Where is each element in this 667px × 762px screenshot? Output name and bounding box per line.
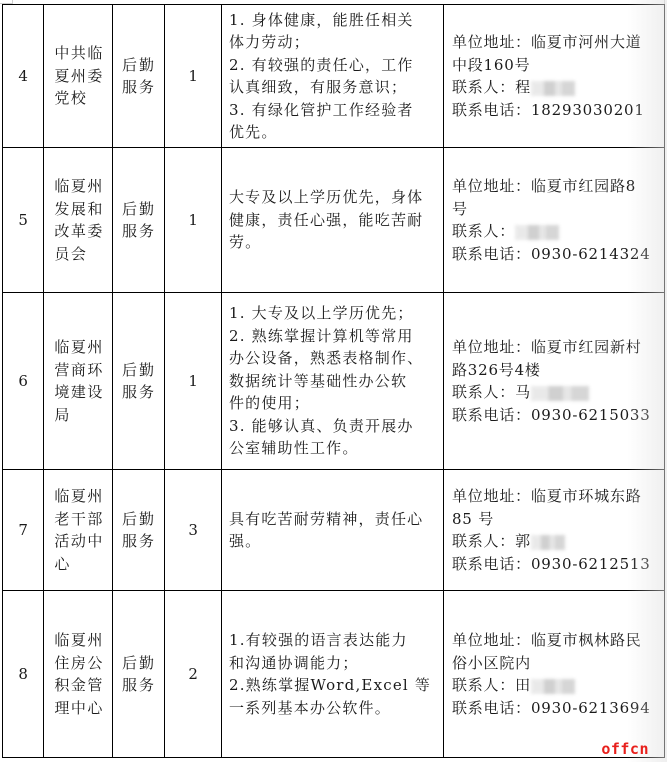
requirement-line: 健康，责任心强，能吃苦耐 xyxy=(229,209,437,232)
position-type-cell: 后勤服务 xyxy=(112,591,164,758)
contact-phone: 联系电话：18293030201 xyxy=(452,99,660,122)
address-line: 俗小区院内 xyxy=(452,652,660,675)
requirement-line: 劳。 xyxy=(229,231,437,254)
redacted-name-blur xyxy=(531,81,575,96)
redacted-name-blur xyxy=(515,225,559,240)
requirement-line: 件的使用； xyxy=(229,392,437,415)
phone-number: 18293030201 xyxy=(531,101,645,119)
row-number: 4 xyxy=(3,5,44,148)
phone-label: 联系电话： xyxy=(452,555,531,573)
address-line: 单位地址：临夏市河州大道 xyxy=(452,31,660,54)
requirement-line: 强。 xyxy=(229,530,437,553)
employer-name: 临夏州老干部活动中心 xyxy=(54,485,104,575)
contact-cell: 单位地址：临夏市红园路8 号 联系人： 联系电话：0930-6214324 xyxy=(443,148,664,293)
contact-cell: 单位地址：临夏市环城东路 85 号 联系人：郭 联系电话：0930-621251… xyxy=(443,470,664,591)
position-type-cell: 后勤服务 xyxy=(112,148,164,293)
contact-person: 联系人：郭 xyxy=(452,530,660,553)
contact-cell: 单位地址：临夏市枫林路民 俗小区院内 联系人：田 联系电话：0930-62136… xyxy=(443,591,664,758)
employer-name: 临夏州发展和改革委员会 xyxy=(54,175,104,265)
contact-person-label: 联系人： xyxy=(452,78,515,96)
offcn-watermark: offcn xyxy=(601,740,649,758)
contact-person: 联系人：马 xyxy=(452,381,660,404)
table-row: 8 临夏州住房公积金管理中心 后勤服务 2 1.有较强的语言表达能力 和沟通协调… xyxy=(3,591,665,758)
address-line: 单位地址：临夏市红园新村 xyxy=(452,336,660,359)
redacted-name-blur xyxy=(531,679,575,694)
contact-person: 联系人：程 xyxy=(452,76,660,99)
position-type: 后勤服务 xyxy=(122,359,158,404)
headcount: 2 xyxy=(165,591,222,758)
address-line: 路326号4楼 xyxy=(452,359,660,382)
row-number: 5 xyxy=(3,148,44,293)
employer-cell: 中共临夏州委党校 xyxy=(44,5,113,148)
contact-cell: 单位地址：临夏市河州大道 中段160号 联系人：程 联系电话：182930302… xyxy=(443,5,664,148)
contact-person-name: 程 xyxy=(515,78,531,96)
contact-person-name: 马 xyxy=(515,383,531,401)
requirements-cell: 1. 身体健康，能胜任相关 体力劳动； 2. 有较强的责任心，工作 认真细致，有… xyxy=(221,5,443,148)
row-number: 7 xyxy=(3,470,44,591)
requirement-line: 数据统计等基础性办公软 xyxy=(229,370,437,393)
requirement-line: 2. 有较强的责任心，工作 xyxy=(229,54,437,77)
requirements-cell: 1. 大专及以上学历优先； 2. 熟练掌握计算机等常用 办公设备，熟悉表格制作、… xyxy=(221,293,443,470)
employer-name: 临夏州住房公积金管理中心 xyxy=(54,629,104,719)
contact-person-label: 联系人： xyxy=(452,676,515,694)
address-line: 85 号 xyxy=(452,508,660,531)
contact-phone: 联系电话：0930-6215033 xyxy=(452,404,660,427)
position-type-cell: 后勤服务 xyxy=(112,5,164,148)
requirement-line: 认真细致，有服务意识； xyxy=(229,76,437,99)
contact-phone: 联系电话：0930-6213694 xyxy=(452,697,660,720)
phone-number: 0930-6214324 xyxy=(531,245,651,263)
phone-label: 联系电话： xyxy=(452,699,531,717)
requirement-line: 体力劳动； xyxy=(229,31,437,54)
address-line: 单位地址：临夏市枫林路民 xyxy=(452,629,660,652)
position-type: 后勤服务 xyxy=(122,54,158,99)
row-number: 6 xyxy=(3,293,44,470)
phone-number: 0930-6213694 xyxy=(531,699,651,717)
employer-cell: 临夏州发展和改革委员会 xyxy=(44,148,113,293)
redacted-name-blur xyxy=(531,386,589,401)
table-row: 5 临夏州发展和改革委员会 后勤服务 1 大专及以上学历优先，身体 健康，责任心… xyxy=(3,148,665,293)
requirement-line: 和沟通协调能力； xyxy=(229,652,437,675)
requirements-cell: 1.有较强的语言表达能力 和沟通协调能力； 2.熟练掌握Word,Excel 等… xyxy=(221,591,443,758)
contact-phone: 联系电话：0930-6212513 xyxy=(452,553,660,576)
requirement-line: 优先。 xyxy=(229,121,437,144)
headcount: 3 xyxy=(165,470,222,591)
position-type: 后勤服务 xyxy=(122,508,158,553)
contact-cell: 单位地址：临夏市红园新村 路326号4楼 联系人：马 联系电话：0930-621… xyxy=(443,293,664,470)
employer-name: 临夏州营商环境建设局 xyxy=(54,336,104,426)
employer-cell: 临夏州营商环境建设局 xyxy=(44,293,113,470)
row-number: 8 xyxy=(3,591,44,758)
phone-label: 联系电话： xyxy=(452,406,531,424)
phone-number: 0930-6215033 xyxy=(531,406,651,424)
address-line: 号 xyxy=(452,198,660,221)
contact-person: 联系人： xyxy=(452,220,660,243)
requirements-cell: 具有吃苦耐劳精神，责任心 强。 xyxy=(221,470,443,591)
requirement-line: 1.有较强的语言表达能力 xyxy=(229,629,437,652)
redacted-name-blur xyxy=(531,535,565,550)
requirement-line: 一系列基本办公软件。 xyxy=(229,697,437,720)
contact-person: 联系人：田 xyxy=(452,674,660,697)
requirement-line: 办公设备，熟悉表格制作、 xyxy=(229,347,437,370)
employer-cell: 临夏州住房公积金管理中心 xyxy=(44,591,113,758)
phone-number: 0930-6212513 xyxy=(531,555,651,573)
contact-person-label: 联系人： xyxy=(452,532,515,550)
requirement-line: 公室辅助性工作。 xyxy=(229,437,437,460)
table-row: 6 临夏州营商环境建设局 后勤服务 1 1. 大专及以上学历优先； 2. 熟练掌… xyxy=(3,293,665,470)
contact-phone: 联系电话：0930-6214324 xyxy=(452,243,660,266)
headcount: 1 xyxy=(165,148,222,293)
requirement-line: 1. 大专及以上学历优先； xyxy=(229,302,437,325)
headcount: 1 xyxy=(165,5,222,148)
phone-label: 联系电话： xyxy=(452,101,531,119)
requirement-line: 2.熟练掌握Word,Excel 等 xyxy=(229,674,437,697)
contact-person-name: 田 xyxy=(515,676,531,694)
table-row: 4 中共临夏州委党校 后勤服务 1 1. 身体健康，能胜任相关 体力劳动； 2.… xyxy=(3,5,665,148)
employer-cell: 临夏州老干部活动中心 xyxy=(44,470,113,591)
address-line: 中段160号 xyxy=(452,54,660,77)
contact-person-label: 联系人： xyxy=(452,383,515,401)
headcount: 1 xyxy=(165,293,222,470)
position-type: 后勤服务 xyxy=(122,652,158,697)
job-positions-table: 4 中共临夏州委党校 后勤服务 1 1. 身体健康，能胜任相关 体力劳动； 2.… xyxy=(2,4,665,758)
address-line: 单位地址：临夏市红园路8 xyxy=(452,175,660,198)
phone-label: 联系电话： xyxy=(452,245,531,263)
table-row: 7 临夏州老干部活动中心 后勤服务 3 具有吃苦耐劳精神，责任心 强。 单位地址… xyxy=(3,470,665,591)
requirement-line: 具有吃苦耐劳精神，责任心 xyxy=(229,508,437,531)
table-body: 4 中共临夏州委党校 后勤服务 1 1. 身体健康，能胜任相关 体力劳动； 2.… xyxy=(3,5,665,758)
requirement-line: 2. 熟练掌握计算机等常用 xyxy=(229,325,437,348)
position-type: 后勤服务 xyxy=(122,198,158,243)
contact-person-name: 郭 xyxy=(515,532,531,550)
requirements-cell: 大专及以上学历优先，身体 健康，责任心强，能吃苦耐 劳。 xyxy=(221,148,443,293)
position-type-cell: 后勤服务 xyxy=(112,293,164,470)
contact-person-label: 联系人： xyxy=(452,222,515,240)
address-line: 单位地址：临夏市环城东路 xyxy=(452,485,660,508)
requirement-line: 大专及以上学历优先，身体 xyxy=(229,186,437,209)
employer-name: 中共临夏州委党校 xyxy=(54,42,104,110)
position-type-cell: 后勤服务 xyxy=(112,470,164,591)
requirement-line: 3. 能够认真、负责开展办 xyxy=(229,415,437,438)
requirement-line: 3. 有绿化管护工作经验者 xyxy=(229,99,437,122)
requirement-line: 1. 身体健康，能胜任相关 xyxy=(229,9,437,32)
